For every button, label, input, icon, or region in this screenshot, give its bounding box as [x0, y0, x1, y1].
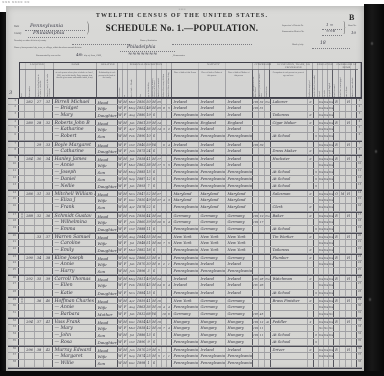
cell-pf: Pennsylvania	[199, 133, 226, 139]
cell-pm: Ireland	[226, 156, 253, 161]
cell-yr: 1850	[137, 99, 146, 104]
cell-name: Schmidt Gustav	[53, 213, 96, 218]
cell-rel: Daughter	[96, 226, 118, 232]
cell-rel: Head	[96, 213, 118, 218]
cell-yr: 1840	[137, 142, 146, 147]
cell-dw	[35, 133, 44, 139]
cell-pb: Ireland	[172, 276, 199, 281]
column-label: Can read	[319, 72, 321, 97]
table-row: 142863135Mitchell William HHeadWMNov1847…	[8, 190, 362, 197]
table-row: 35— RosaDaughterWFOct18909SPennsylvaniaH…	[8, 339, 362, 346]
cell-dw: 32	[35, 213, 44, 218]
cell-ln: 37	[8, 353, 19, 359]
cell-fa: 31	[44, 99, 53, 104]
cell-oc: Brass Finisher	[271, 298, 308, 303]
column-label: Date of birth — Month	[131, 72, 133, 97]
cell-pm: Maryland	[226, 197, 253, 203]
cell-rel: Head	[96, 120, 118, 125]
cell-yr: 1882	[137, 247, 146, 253]
column-label: Number of family in the order of visitat…	[47, 72, 51, 97]
cell-ln: 26	[8, 276, 19, 281]
cell-pb: Pennsylvania	[172, 268, 199, 274]
cell-oc: Tailoress	[271, 247, 308, 253]
cell-pb: Pennsylvania	[172, 126, 199, 132]
cell-yr: 1864	[137, 126, 146, 132]
cell-ln: 27	[8, 282, 19, 288]
cell-ln: 19	[8, 226, 19, 232]
table-row: 10— AnnieWifeWFMar186238M1755Pennsylvani…	[8, 162, 362, 169]
column-label: Relationship of each person to the head …	[97, 72, 118, 80]
cell-rn: 16	[357, 204, 362, 210]
cell-dw: 38	[35, 347, 44, 352]
table-row: 262923539Carroll ThomasHeadWMMay185149M2…	[8, 275, 362, 282]
column-label: Number of these children living	[168, 72, 170, 97]
cell-hn	[25, 105, 35, 111]
cell-dw	[35, 282, 44, 288]
cell-oc: At School	[271, 169, 308, 175]
cell-oc: At School	[271, 183, 308, 189]
cell-pm: Hungary	[226, 332, 253, 338]
state-label: State	[14, 25, 19, 28]
cell-dw	[35, 126, 44, 132]
cell-yr: 1898	[137, 360, 146, 366]
cell-rn: 20	[357, 234, 362, 239]
cell-pm: Ireland	[226, 105, 253, 111]
cell-pf: Pennsylvania	[199, 360, 226, 366]
cell-dw: 34	[35, 255, 44, 260]
cell-pb: Pennsylvania	[172, 261, 199, 267]
cell-rn: 1	[357, 99, 362, 104]
column-label: Sex	[124, 72, 126, 97]
cell-rel: Wife	[96, 240, 118, 246]
cell-ln: 2	[8, 105, 19, 111]
cell-pm: Germany	[226, 219, 253, 225]
cell-fa	[44, 353, 53, 359]
cell-name: Kline Joseph	[53, 255, 96, 260]
cell-oc: Plumber	[271, 255, 308, 260]
cell-pb: New York	[172, 234, 199, 239]
cell-rn: 22	[357, 247, 362, 253]
institution-label: Name of Institution	[140, 40, 157, 42]
cell-dw	[35, 240, 44, 246]
cell-name: Warren Samuel	[53, 234, 96, 239]
cell-ln: 28	[8, 290, 19, 296]
column-label: Attended school (in months)	[314, 72, 316, 97]
column-group-personal-description: PERSONAL DESCRIPTION	[119, 63, 173, 70]
cell-hn	[25, 332, 35, 338]
cell-hn	[25, 247, 35, 253]
dotted-line	[72, 43, 130, 45]
cell-ln: 11	[8, 169, 19, 175]
cell-hn	[25, 240, 35, 246]
cell-pf: Ireland	[199, 276, 226, 281]
cell-fa	[44, 268, 53, 274]
ward-label: Ward of city	[292, 43, 304, 46]
table-row: 27— EllenWifeWFFeb185545M2464IrelandIrel…	[8, 282, 362, 289]
cell-pb: Pennsylvania	[172, 290, 199, 296]
cell-fa: 35	[44, 191, 53, 196]
cell-yr: 1854	[137, 319, 146, 324]
cell-ln: 31	[8, 311, 19, 317]
cell-dw	[35, 169, 44, 175]
cell-pf: Maryland	[199, 204, 226, 210]
cell-hn	[25, 148, 35, 154]
cell-pb: Hungary	[172, 319, 199, 324]
cell-rn: 30	[357, 304, 362, 310]
cell-rn: 28	[357, 290, 362, 296]
cell-yr: 1851	[137, 276, 146, 281]
cell-name: Murray Edward	[53, 347, 96, 352]
cell-yr: 1880	[137, 112, 146, 118]
column-label: Number of dwelling house in the order of…	[38, 72, 42, 97]
cell-rn: 29	[357, 298, 362, 303]
cell-oc: At School	[271, 290, 308, 296]
cell-oc: Baker	[271, 213, 308, 218]
cell-name: — John	[53, 332, 96, 338]
cell-oc	[271, 162, 308, 168]
column-group-location: LOCATION	[20, 63, 54, 70]
cell-rn: 15	[357, 197, 362, 203]
cell-mo: Jul	[128, 240, 137, 246]
supervisor-district-label: Supervisor's District No.	[282, 25, 304, 27]
cell-fa	[44, 183, 53, 189]
cell-pb: Ireland	[172, 99, 199, 104]
cell-fa: 38	[44, 255, 53, 260]
cell-name: — Eliza J	[53, 197, 96, 203]
cell-hn: 288	[25, 213, 35, 218]
cell-pb: Maryland	[172, 191, 199, 196]
cell-oc: At School	[271, 176, 308, 182]
cell-rn: 9	[357, 156, 362, 161]
cell-rel: Wife	[96, 304, 118, 310]
cell-ln: 5	[8, 126, 19, 132]
sheet-label: Sheet No.	[348, 25, 356, 27]
cell-dw: 33	[35, 234, 44, 239]
cell-mo: Oct	[128, 142, 137, 147]
cell-oc: At School	[271, 133, 308, 139]
cell-fa	[44, 169, 53, 175]
cell-fa	[44, 226, 53, 232]
cell-yr: 1885	[137, 169, 146, 175]
cell-rel: Daughter	[96, 183, 118, 189]
cell-mo: Feb	[128, 282, 137, 288]
column-label: Place of birth of Mother of this person	[226, 72, 252, 77]
cell-name: — Katharine	[53, 126, 96, 132]
cell-pf: Germany	[199, 298, 226, 303]
cell-ln: 25	[8, 268, 19, 274]
cell-rn: 11	[357, 169, 362, 175]
cell-mo: Jun	[128, 148, 137, 154]
cell-rel: Son	[96, 176, 118, 182]
cell-mo: Mar	[128, 162, 137, 168]
table-row: 37— MargaretWifeWFSep187425M511Pennsylva…	[8, 353, 362, 360]
cell-mo: Nov	[128, 290, 137, 296]
cell-name: — Ellen	[53, 282, 96, 288]
cell-dw: 31	[35, 191, 44, 196]
table-row: 22— EmilyDaughterWFMar188218SPennsylvani…	[8, 247, 362, 254]
cell-fa: 34	[44, 156, 53, 161]
cell-oc	[271, 240, 308, 246]
cell-mo: Dec	[128, 319, 137, 324]
cell-ln: 8	[8, 148, 19, 154]
cell-rel: Son	[96, 169, 118, 175]
cell-rn: 37	[357, 353, 362, 359]
cell-dw	[35, 219, 44, 225]
cell-dw	[35, 162, 44, 168]
cell-mo: Mar	[128, 325, 137, 331]
film-edge-left	[0, 12, 6, 376]
cell-pb: Ireland	[172, 142, 199, 147]
table-row: 92843034Hanley JamesHeadWMJul185841M17Pe…	[8, 155, 362, 162]
table-row: 29≈≈≈3640Hoffman CharlesHeadWMApr185941M…	[8, 297, 362, 304]
enumerator-label: , Enumerator.	[172, 54, 185, 57]
cell-yr: 1858	[137, 325, 146, 331]
cell-mo: May	[128, 276, 137, 281]
cell-yr: 1847	[137, 191, 146, 196]
cell-pb: Pennsylvania	[172, 204, 199, 210]
cell-hn	[25, 268, 35, 274]
census-title: TWELFTH CENSUS OF THE UNITED STATES.	[0, 13, 364, 19]
cell-pf: Ireland	[199, 105, 226, 111]
table-row: 12— DanielSonWMSep188712SPennsylvaniaPen…	[8, 176, 362, 183]
cell-oc	[271, 261, 308, 267]
cell-ln: 30	[8, 304, 19, 310]
cell-pf: Germany	[199, 304, 226, 310]
cell-hn	[25, 339, 35, 345]
cell-hn: 290	[25, 255, 35, 260]
cell-hn	[25, 162, 35, 168]
film-speck	[369, 298, 371, 301]
cell-rn: 24	[357, 261, 362, 267]
cell-pm: Ireland	[226, 142, 253, 147]
cell-rel: Daughter	[96, 290, 118, 296]
cell-hn	[25, 290, 35, 296]
city-value: Philadelphia	[127, 45, 155, 50]
cell-dw	[35, 290, 44, 296]
table-row: 6— RobertSonWMFeb189010SPennsylvaniaPenn…	[8, 133, 362, 140]
cell-fa	[44, 176, 53, 182]
cell-pm: Ireland	[226, 290, 253, 296]
cell-name: — Mary	[53, 112, 96, 118]
cell-fa	[44, 332, 53, 338]
cell-pf: Ireland	[199, 142, 226, 147]
cell-pb: Germany	[172, 219, 199, 225]
cell-ln: 29	[8, 298, 19, 303]
cell-pm: Pennsylvania	[226, 183, 253, 189]
cell-hn	[25, 234, 35, 239]
cell-dw	[35, 204, 44, 210]
cell-oc: At School	[271, 332, 308, 338]
cell-name: — Catharine	[53, 148, 96, 154]
cell-mo: Sep	[128, 176, 137, 182]
cell-pm: Ireland	[226, 261, 253, 267]
cell-name: — Bridget	[53, 105, 96, 111]
cell-dw	[35, 105, 44, 111]
cell-pf: Pennsylvania	[199, 353, 226, 359]
cell-pm: Germany	[226, 213, 253, 218]
column-group-ownership-of-home: OWNERSHIP OF HOME	[335, 63, 358, 70]
cell-fa	[44, 311, 53, 317]
cell-fa	[44, 219, 53, 225]
cell-hn: 296	[25, 347, 35, 352]
cell-fa: 39	[44, 276, 53, 281]
cell-rn: 31	[357, 311, 362, 317]
cell-rn: 8	[357, 148, 362, 154]
cell-ln: 38	[8, 360, 19, 366]
column-label: Whether single, married, widowed, or div…	[152, 72, 156, 97]
cell-rn: 27	[357, 282, 362, 288]
cell-fa: 33	[44, 142, 53, 147]
cell-rel: Son	[96, 133, 118, 139]
cell-yr: 1850	[137, 197, 146, 203]
cell-pb: Pennsylvania	[172, 120, 199, 125]
cell-mo: Aug	[128, 304, 137, 310]
cell-rel: Wife	[96, 282, 118, 288]
column-group-nativity: NATIVITY	[173, 63, 254, 70]
cell-fa	[44, 105, 53, 111]
cell-rel: Wife	[96, 162, 118, 168]
cell-yr: 1887	[137, 176, 146, 182]
cell-rel: Son	[96, 360, 118, 366]
cell-dw	[35, 304, 44, 310]
cell-name: Hanley James	[53, 156, 96, 161]
cell-pb: Hungary	[172, 332, 199, 338]
cell-rn: 38	[357, 360, 362, 366]
cell-oc: Tin Worker	[271, 234, 308, 239]
cell-pf: Ireland	[199, 148, 226, 154]
column-label: House number	[29, 72, 31, 97]
cell-name: — Emma	[53, 226, 96, 232]
cell-rn: 32	[357, 319, 362, 324]
cell-hn	[25, 304, 35, 310]
column-label: Months not employed	[309, 72, 311, 97]
cell-pf: Maryland	[199, 197, 226, 203]
cell-yr: 1870	[137, 347, 146, 352]
cell-name: Carroll Thomas	[53, 276, 96, 281]
cell-fa	[44, 247, 53, 253]
cell-pf: Ireland	[199, 99, 226, 104]
cell-hn	[25, 219, 35, 225]
cell-pm: Ireland	[226, 347, 253, 352]
cell-pb: Maryland	[172, 197, 199, 203]
cell-pf: Hungary	[199, 332, 226, 338]
cell-yr: 1888	[137, 226, 146, 232]
cell-pf: Ireland	[199, 290, 226, 296]
table-row: 15— Eliza JWifeWFDec185049M2743MarylandM…	[8, 197, 362, 204]
cell-rn: 14	[357, 191, 362, 196]
cell-pm: Hungary	[226, 339, 253, 345]
county-value: Philadelphia	[33, 30, 65, 36]
column-label: Can speak English	[329, 72, 331, 97]
cell-pm: Hungary	[226, 325, 253, 331]
cell-oc	[271, 360, 308, 366]
table-row: 38— WillieSonWMDec18981SPennsylvaniaPenn…	[8, 360, 362, 367]
cell-dw: 30	[35, 156, 44, 161]
cell-rn: 10	[357, 162, 362, 168]
cell-yr: 1859	[137, 298, 146, 303]
cell-pf: New York	[199, 234, 226, 239]
table-row: 8— CatharineDaughterWFJun187524SPennsylv…	[8, 148, 362, 155]
cell-rn: 36	[357, 347, 362, 352]
column-label: Occupation of each person ten years of a…	[270, 72, 306, 77]
table-header: StreetHouse numberNumber of dwelling hou…	[19, 62, 362, 98]
cell-ln: 7	[8, 142, 19, 147]
ward-value: 18	[320, 41, 326, 46]
column-label: Age at last birthday	[148, 72, 150, 97]
cell-yr: 1832	[137, 311, 146, 317]
enumerator-signature: ≈≈≈≈≈≈≈	[128, 51, 157, 57]
cell-pb: Pennsylvania	[172, 162, 199, 168]
cell-mo: Oct	[128, 226, 137, 232]
cell-name: Boyle Margaret	[53, 142, 96, 147]
cell-ln: 22	[8, 247, 19, 253]
enumeration-district-label: Enumeration District No.	[282, 31, 304, 33]
cell-pm: Pennsylvania	[226, 133, 253, 139]
enumerated-label2: day of June, 1900,	[84, 54, 102, 57]
cell-oc	[271, 126, 308, 132]
cell-pm: Germany	[226, 311, 253, 317]
cell-rel: Son	[96, 332, 118, 338]
cell-mo: Sep	[128, 353, 137, 359]
cell-rel: Wife	[96, 353, 118, 359]
cell-rn: 19	[357, 226, 362, 232]
cell-oc	[271, 268, 308, 274]
table-row: 31— BarbaraMotherWFJan183268Wd106Germany…	[8, 311, 362, 318]
cell-mo: Apr	[128, 298, 137, 303]
cell-rn: 7	[357, 142, 362, 147]
cell-name: — Nellie	[53, 183, 96, 189]
table-row: 21— CarolineWifeWFJul184851M3075New York…	[8, 240, 362, 247]
cell-yr: 1893	[137, 183, 146, 189]
cell-rel: Head	[96, 191, 118, 196]
cell-fa	[44, 197, 53, 203]
cell-pm: Hungary	[226, 319, 253, 324]
cell-rn: 5	[357, 126, 362, 132]
table-row: 24— AnnieWifeWFJan187030M821Pennsylvania…	[8, 261, 362, 268]
cell-dw	[35, 339, 44, 345]
cell-oc: Cigar Maker	[271, 120, 308, 125]
cell-mo: Jan	[128, 120, 137, 125]
table-row: 33— MaryWifeWFMar185842M1974HungaryHunga…	[8, 325, 362, 332]
cell-name: Mitchell William H	[53, 191, 96, 196]
cell-rel: Head	[96, 142, 118, 147]
cell-fa: 32	[44, 120, 53, 125]
cell-hn	[25, 133, 35, 139]
cell-mo: Jan	[128, 311, 137, 317]
cell-pb: Hungary	[172, 325, 199, 331]
cell-mo: Jul	[128, 156, 137, 161]
cell-oc: At School	[271, 226, 308, 232]
cell-ln: 17	[8, 213, 19, 218]
column-group-education: EDUCATION	[315, 63, 335, 70]
cell-mo: Jul	[128, 332, 137, 338]
cell-mo: May	[128, 105, 137, 111]
cell-name: Vass Frank	[53, 319, 96, 324]
cell-rn: 2	[357, 105, 362, 111]
cell-yr: 1848	[137, 240, 146, 246]
cell-name: — Annie	[53, 304, 96, 310]
cell-dw	[35, 247, 44, 253]
table-row: 30— AnnieWifeWFAug186336M1644Pennsylvani…	[8, 304, 362, 311]
cell-pb: Germany	[172, 311, 199, 317]
cell-rn: 33	[357, 325, 362, 331]
cell-hn	[25, 311, 35, 317]
cell-dw	[35, 261, 44, 267]
cell-name: — Daniel	[53, 176, 96, 182]
cell-rel: Son	[96, 204, 118, 210]
cell-oc: Clerk	[271, 204, 308, 210]
cell-mo: Aug	[128, 112, 137, 118]
